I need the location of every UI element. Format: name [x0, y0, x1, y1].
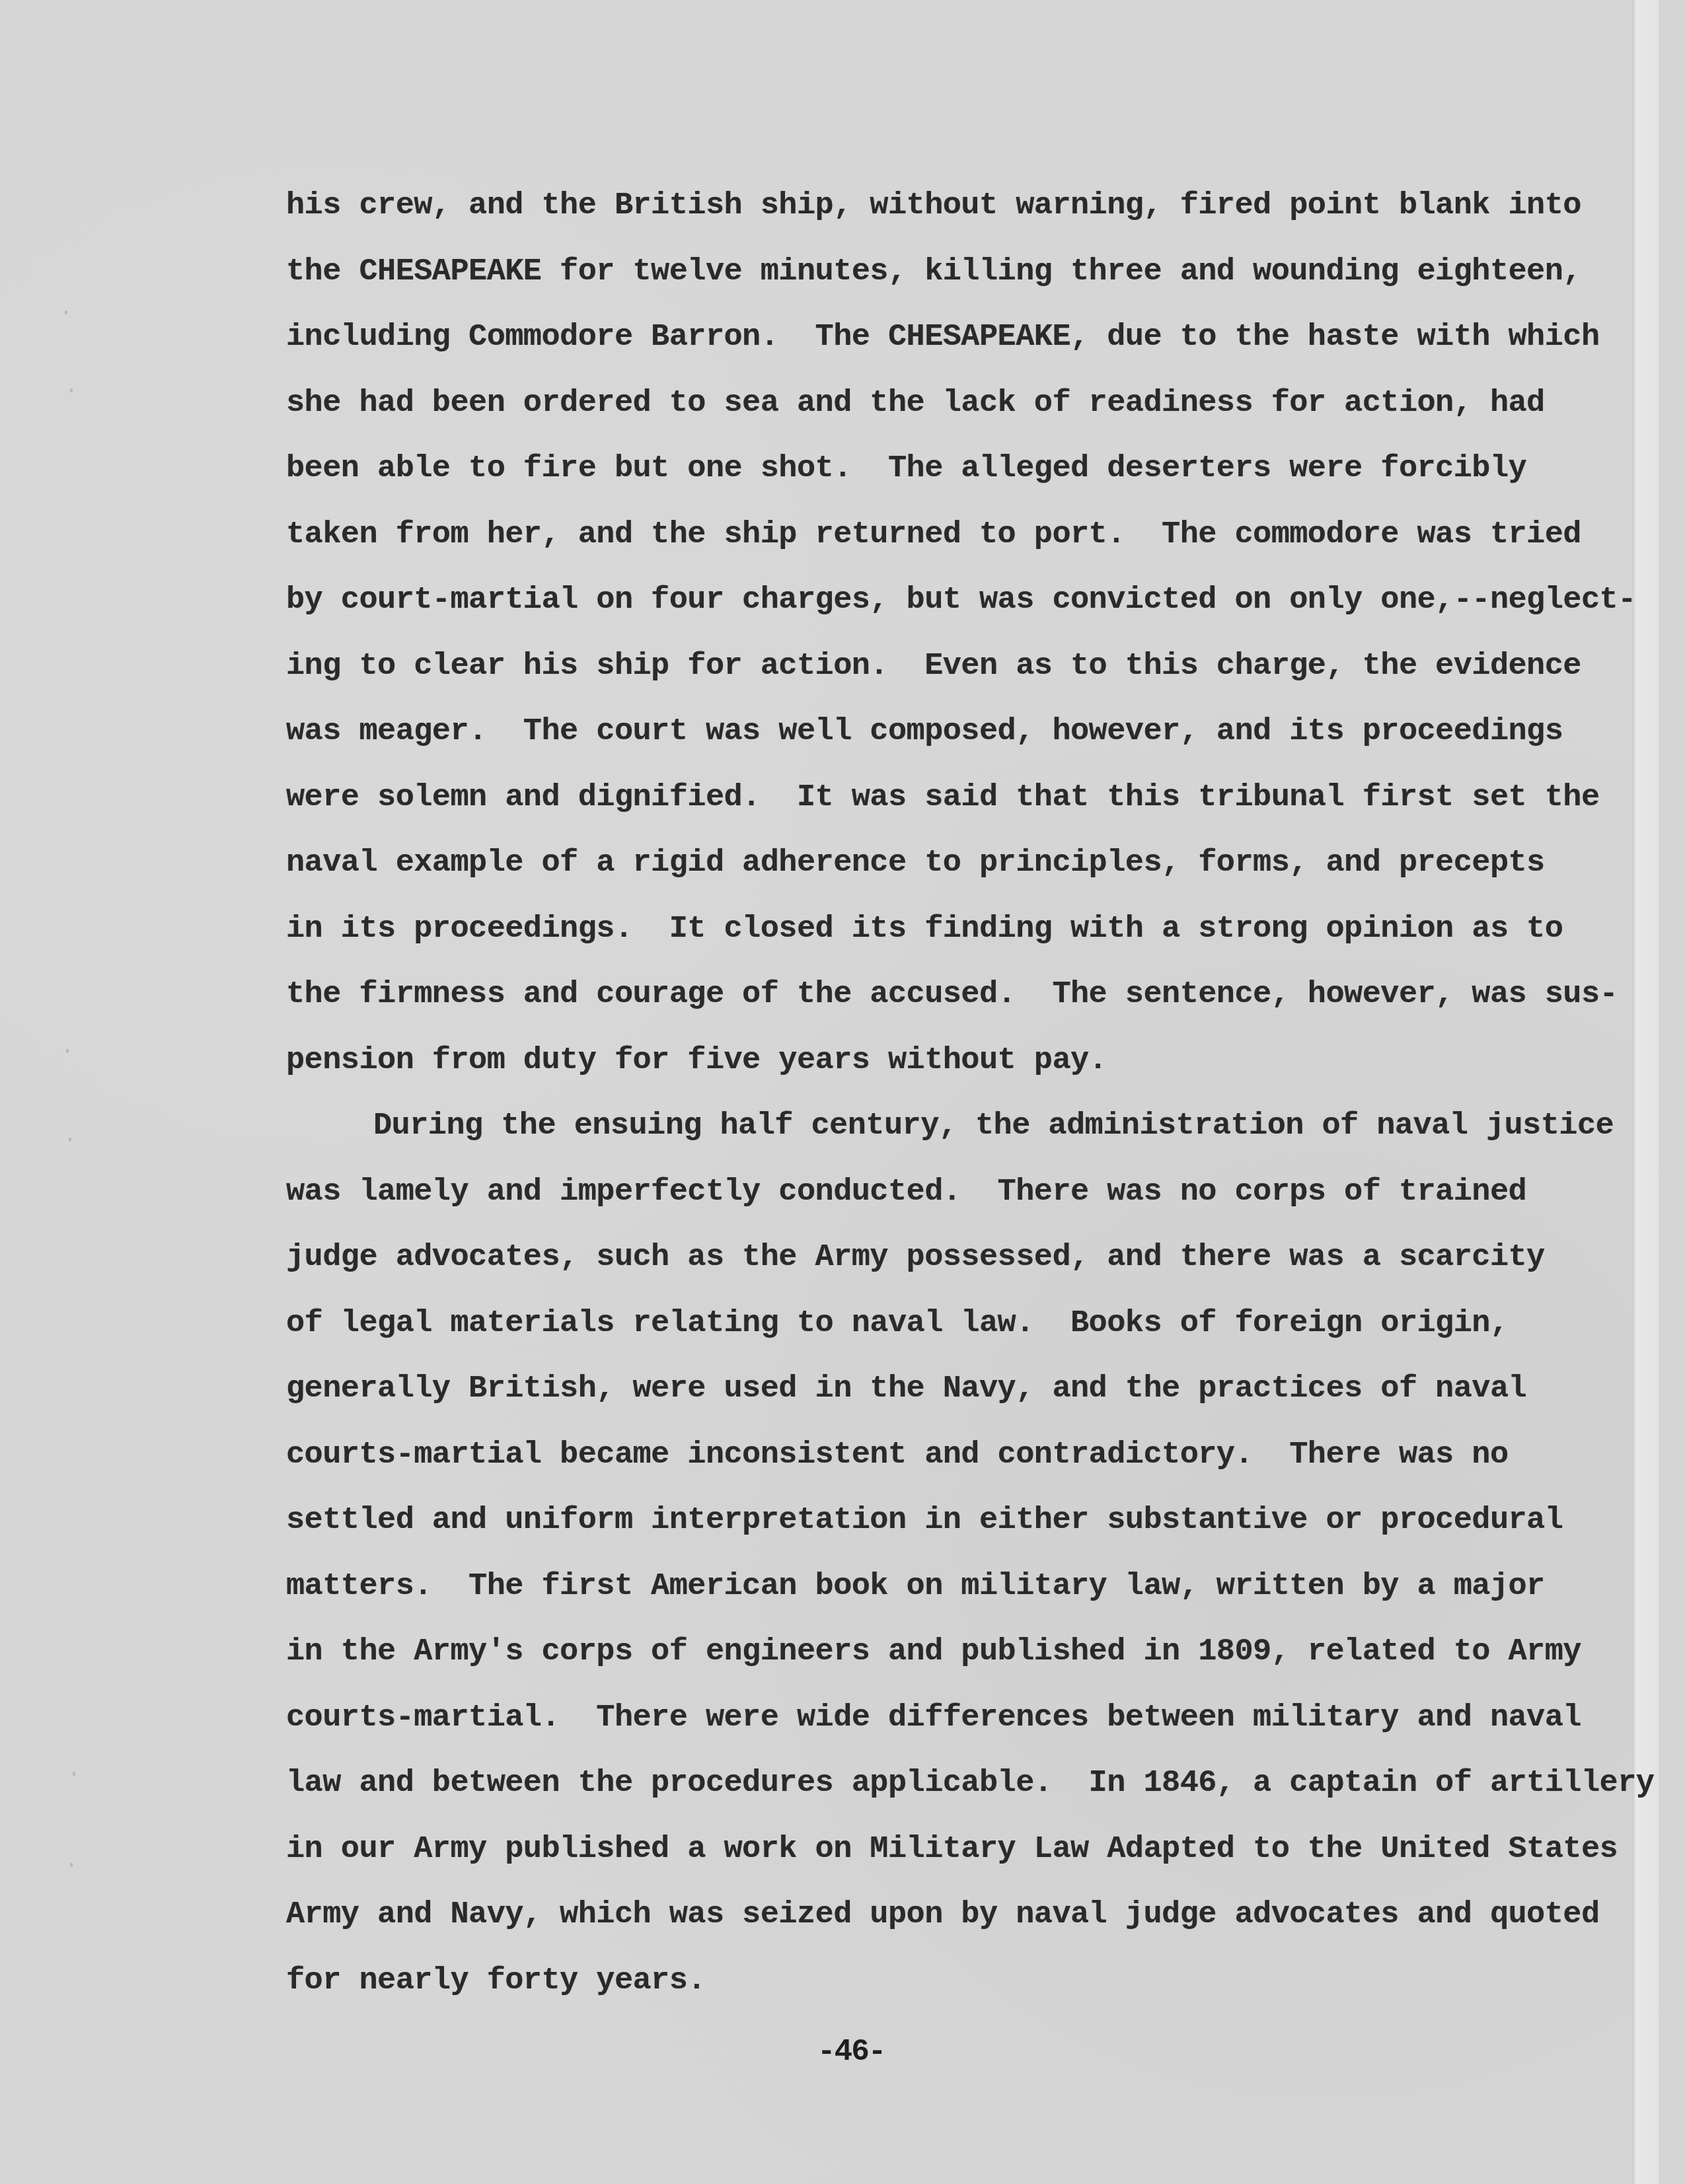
- text-line: the firmness and courage of the accused.…: [286, 962, 1542, 1028]
- text-line: by court-martial on four charges, but wa…: [286, 567, 1542, 634]
- margin-speck: [70, 388, 73, 392]
- text-line: courts-martial. There were wide differen…: [286, 1685, 1542, 1751]
- text-line: generally British, were used in the Navy…: [286, 1356, 1542, 1422]
- document-page: his crew, and the British ship, without …: [0, 0, 1659, 2184]
- margin-speck: [66, 1049, 69, 1053]
- text-line: she had been ordered to sea and the lack…: [286, 371, 1542, 437]
- text-line: judge advocates, such as the Army posses…: [286, 1225, 1542, 1291]
- text-line: his crew, and the British ship, without …: [286, 173, 1542, 239]
- text-line: ing to clear his ship for action. Even a…: [286, 634, 1542, 700]
- text-line: been able to fire but one shot. The alle…: [286, 436, 1542, 502]
- text-line: in its proceedings. It closed its findin…: [286, 896, 1542, 963]
- text-line: courts-martial became inconsistent and c…: [286, 1422, 1542, 1488]
- margin-speck: [70, 1863, 73, 1867]
- text-line: matters. The first American book on mili…: [286, 1554, 1542, 1620]
- text-line: for nearly forty years.: [286, 1948, 1542, 2014]
- text-line: the CHESAPEAKE for twelve minutes, killi…: [286, 239, 1542, 305]
- text-line: settled and uniform interpretation in ei…: [286, 1488, 1542, 1554]
- body-text: his crew, and the British ship, without …: [286, 173, 1542, 2014]
- text-line: of legal materials relating to naval law…: [286, 1291, 1542, 1357]
- page-number: -46-: [817, 2035, 877, 2069]
- paragraph-1: his crew, and the British ship, without …: [286, 173, 1542, 1093]
- text-line: taken from her, and the ship returned to…: [286, 502, 1542, 568]
- margin-speck: [65, 310, 67, 314]
- text-line: were solemn and dignified. It was said t…: [286, 765, 1542, 831]
- text-line: naval example of a rigid adherence to pr…: [286, 830, 1542, 896]
- text-line: including Commodore Barron. The CHESAPEA…: [286, 305, 1542, 371]
- text-line: was lamely and imperfectly conducted. Th…: [286, 1159, 1542, 1225]
- text-line: in the Army's corps of engineers and pub…: [286, 1619, 1542, 1685]
- margin-speck: [69, 1138, 71, 1142]
- page-edge: [1632, 0, 1659, 2184]
- margin-speck: [73, 1772, 75, 1776]
- paragraph-2: During the ensuing half century, the adm…: [286, 1093, 1542, 2014]
- text-line: pension from duty for five years without…: [286, 1028, 1542, 1094]
- text-line: was meager. The court was well composed,…: [286, 699, 1542, 765]
- text-line: in our Army published a work on Military…: [286, 1817, 1542, 1883]
- text-line: law and between the procedures applicabl…: [286, 1751, 1542, 1817]
- text-line: During the ensuing half century, the adm…: [286, 1093, 1542, 1159]
- text-line: Army and Navy, which was seized upon by …: [286, 1882, 1542, 1948]
